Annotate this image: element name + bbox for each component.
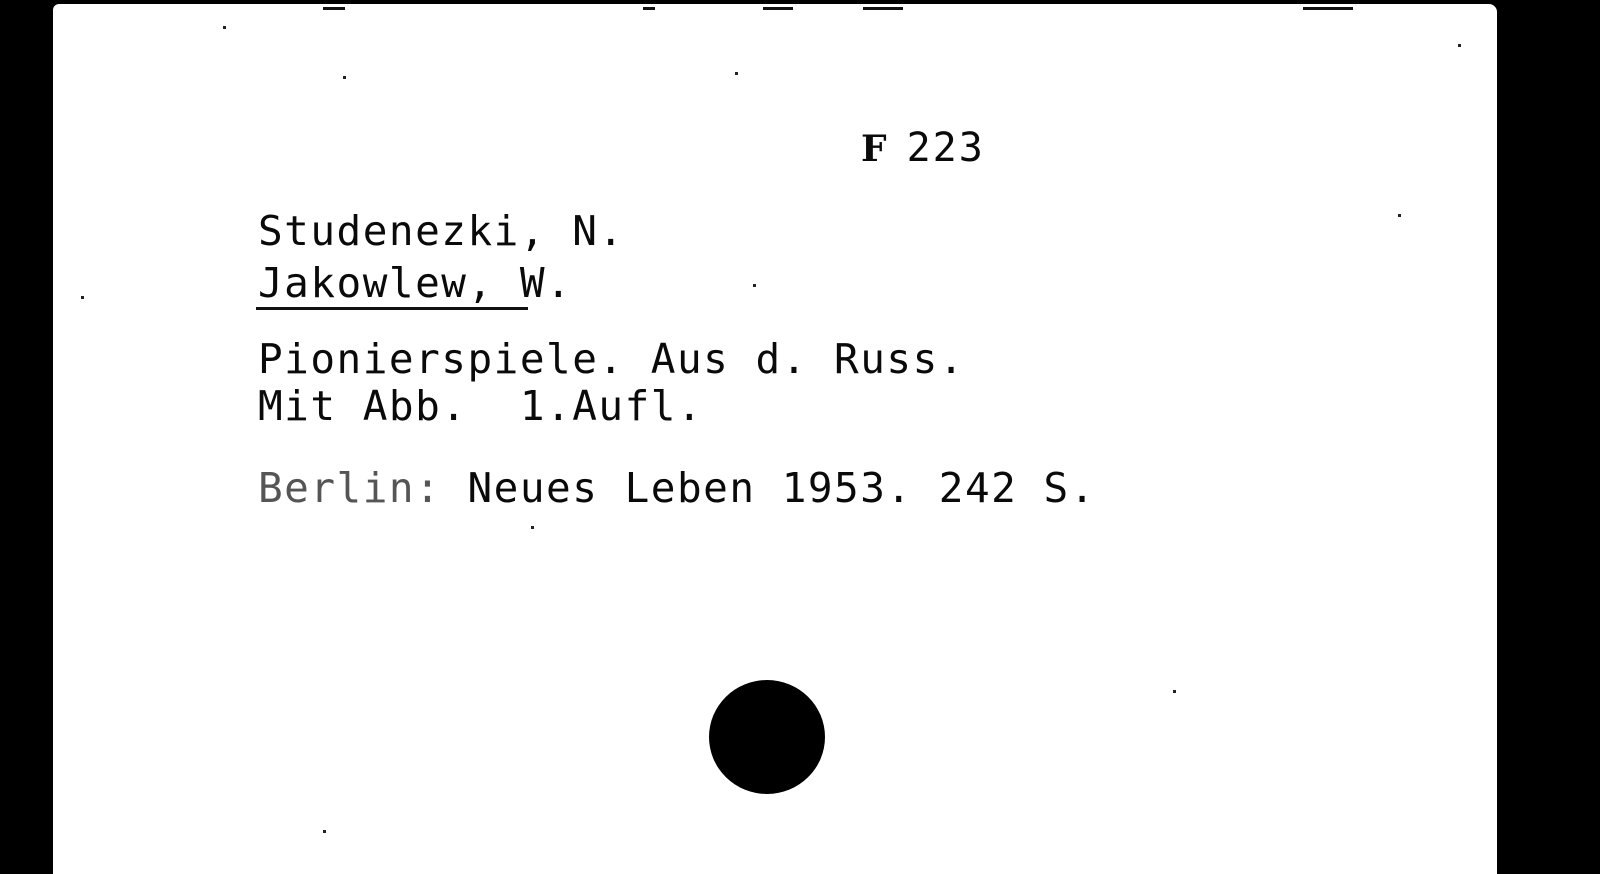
scan-artifact (763, 7, 793, 10)
scan-artifact (223, 26, 226, 29)
scan-artifact (81, 296, 84, 299)
imprint: Berlin: Neues Leben 1953. 242 S. (258, 468, 1096, 509)
scan-artifact (323, 830, 326, 833)
scan-artifact (323, 7, 345, 10)
scan-artifact (753, 284, 756, 287)
catalog-card: F223 Studenezki, N. Jakowlew, W. Pionier… (53, 4, 1497, 864)
call-number-prefix: F (861, 128, 889, 170)
imprint-publisher-year-pages: Neues Leben 1953. 242 S. (467, 464, 1095, 512)
scan-artifact (1398, 214, 1401, 217)
title-line-2: Mit Abb. 1.Aufl. (258, 386, 703, 427)
scan-artifact (1173, 690, 1176, 693)
scan-artifact (531, 526, 534, 529)
scan-artifact (1303, 7, 1353, 10)
call-number-value: 223 (907, 125, 985, 171)
author-primary: Studenezki, N. (258, 211, 625, 252)
call-number: F223 (861, 128, 985, 168)
scan-artifact (1458, 44, 1461, 47)
author-underline (256, 307, 528, 310)
scan-artifact (343, 76, 346, 79)
author-secondary: Jakowlew, W. (258, 263, 572, 304)
scan-artifact (643, 7, 655, 10)
scan-artifact (863, 7, 903, 10)
imprint-place: Berlin: (258, 464, 441, 512)
scan-artifact (735, 72, 738, 75)
title-line-1: Pionierspiele. Aus d. Russ. (258, 339, 965, 380)
punch-hole (709, 680, 825, 794)
